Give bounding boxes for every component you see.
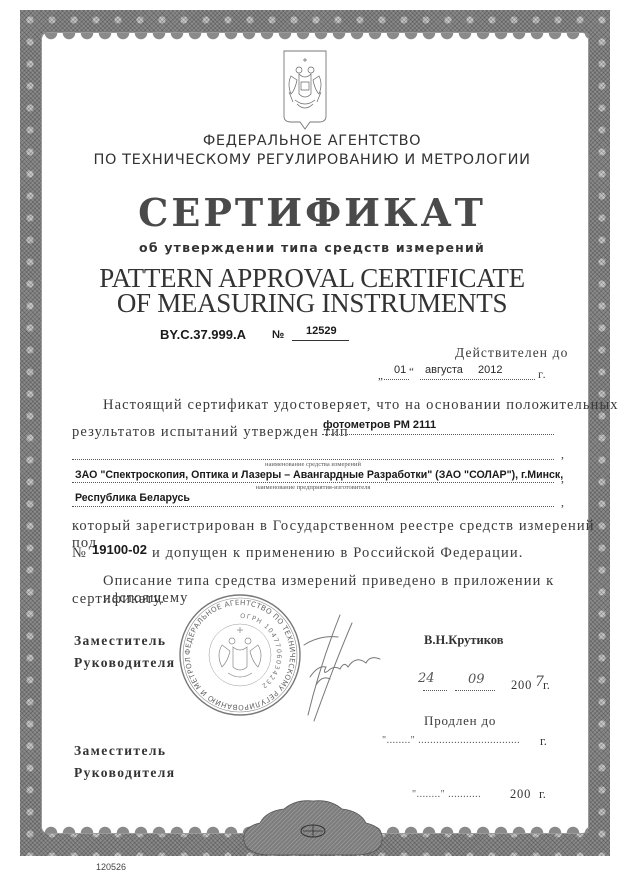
english-title-line2: OF MEASURING INSTRUMENTS — [0, 288, 624, 319]
extension-year-suffix: г. — [540, 734, 547, 749]
validity-day: 01 — [394, 364, 406, 376]
signatory1-name: В.Н.Крутиков — [424, 633, 503, 648]
validity-quote-open: „ — [378, 370, 383, 382]
comma-2: , — [561, 471, 565, 486]
instrument-name: фотометров РМ 2111 — [323, 419, 436, 431]
extended-until-label: Продлен до — [424, 713, 496, 729]
validity-day-line — [384, 379, 409, 380]
number-sign: № — [272, 329, 284, 341]
manufacturer-caption: наименование предприятия-изготовителя — [72, 484, 554, 491]
border-scallop-top — [42, 33, 588, 41]
validity-year-suffix: г. — [538, 367, 547, 382]
instrument-name-line — [322, 434, 554, 435]
sign-date-year-prefix: 200 — [511, 678, 532, 693]
manufacturer-name: ЗАО "Спектроскопия, Оптика и Лазеры – Ав… — [75, 469, 563, 481]
comma-3: , — [561, 495, 565, 510]
manufacturer-country: Республика Беларусь — [75, 492, 190, 504]
valid-until-label: Действителен до — [455, 345, 568, 361]
certificate-subtitle: об утверждении типа средств измерений — [0, 240, 624, 255]
validity-month-line — [420, 379, 535, 380]
serial-number: 120526 — [96, 862, 126, 871]
agency-name-line1: ФЕДЕРАЛЬНОЕ АГЕНТСТВО — [0, 133, 624, 149]
signature2-year-suffix: г. — [539, 787, 546, 802]
certificate-title: СЕРТИФИКАТ — [0, 190, 624, 235]
agency-name-line2: ПО ТЕХНИЧЕСКОМУ РЕГУЛИРОВАНИЮ И МЕТРОЛОГ… — [0, 152, 624, 168]
description-line2: сертификату. — [72, 591, 165, 608]
sign-date-month: 09 — [468, 672, 485, 687]
certificate-number: 12529 — [306, 325, 337, 337]
sign-date-day: 24 — [418, 671, 435, 686]
sign-date-day-line — [423, 690, 447, 691]
register-number: 19100-02 — [92, 542, 147, 557]
register-number-sign: № — [72, 545, 87, 562]
guilloche-rosette-icon — [240, 797, 386, 857]
sign-date-month-line — [455, 690, 495, 691]
body-paragraph1-line1: Настоящий сертификат удостоверяет, что н… — [103, 397, 619, 414]
number-underline — [292, 340, 349, 341]
validity-year: 2012 — [478, 364, 502, 376]
register-tail: и допущен к применению в Российской Феде… — [152, 545, 524, 562]
sign-date-year-suffix: г. — [543, 678, 550, 693]
instrument-name-line2 — [72, 459, 554, 460]
signatory2-role-line2: Руководителя — [74, 765, 175, 781]
certificate-code: BY.C.37.999.A — [160, 327, 246, 342]
coat-of-arms-icon — [283, 50, 327, 130]
validity-month: августа — [425, 364, 463, 376]
signatory1-role-line1: Заместитель — [74, 633, 166, 649]
comma-1: , — [561, 447, 565, 462]
manufacturer-country-line — [72, 506, 554, 507]
extension-date-placeholder: "........" .............................… — [382, 735, 520, 746]
handwritten-signature — [300, 605, 390, 725]
signatory2-role-line1: Заместитель — [74, 743, 166, 759]
signatory1-role-line2: Руководителя — [74, 655, 175, 671]
official-seal-icon: ФЕДЕРАЛЬНОЕ АГЕНТСТВО ПО ТЕХНИЧЕСКОМУ РЕ… — [178, 593, 302, 717]
manufacturer-line — [72, 482, 554, 483]
instrument-name-caption: наименование средства измерений — [72, 461, 554, 468]
body-paragraph1-line2: результатов испытаний утвержден тип — [72, 424, 349, 441]
signature2-date-placeholder: "........" ........... — [412, 789, 481, 800]
signature2-year: 200 — [510, 787, 531, 802]
validity-quote-close: “ — [409, 366, 414, 378]
